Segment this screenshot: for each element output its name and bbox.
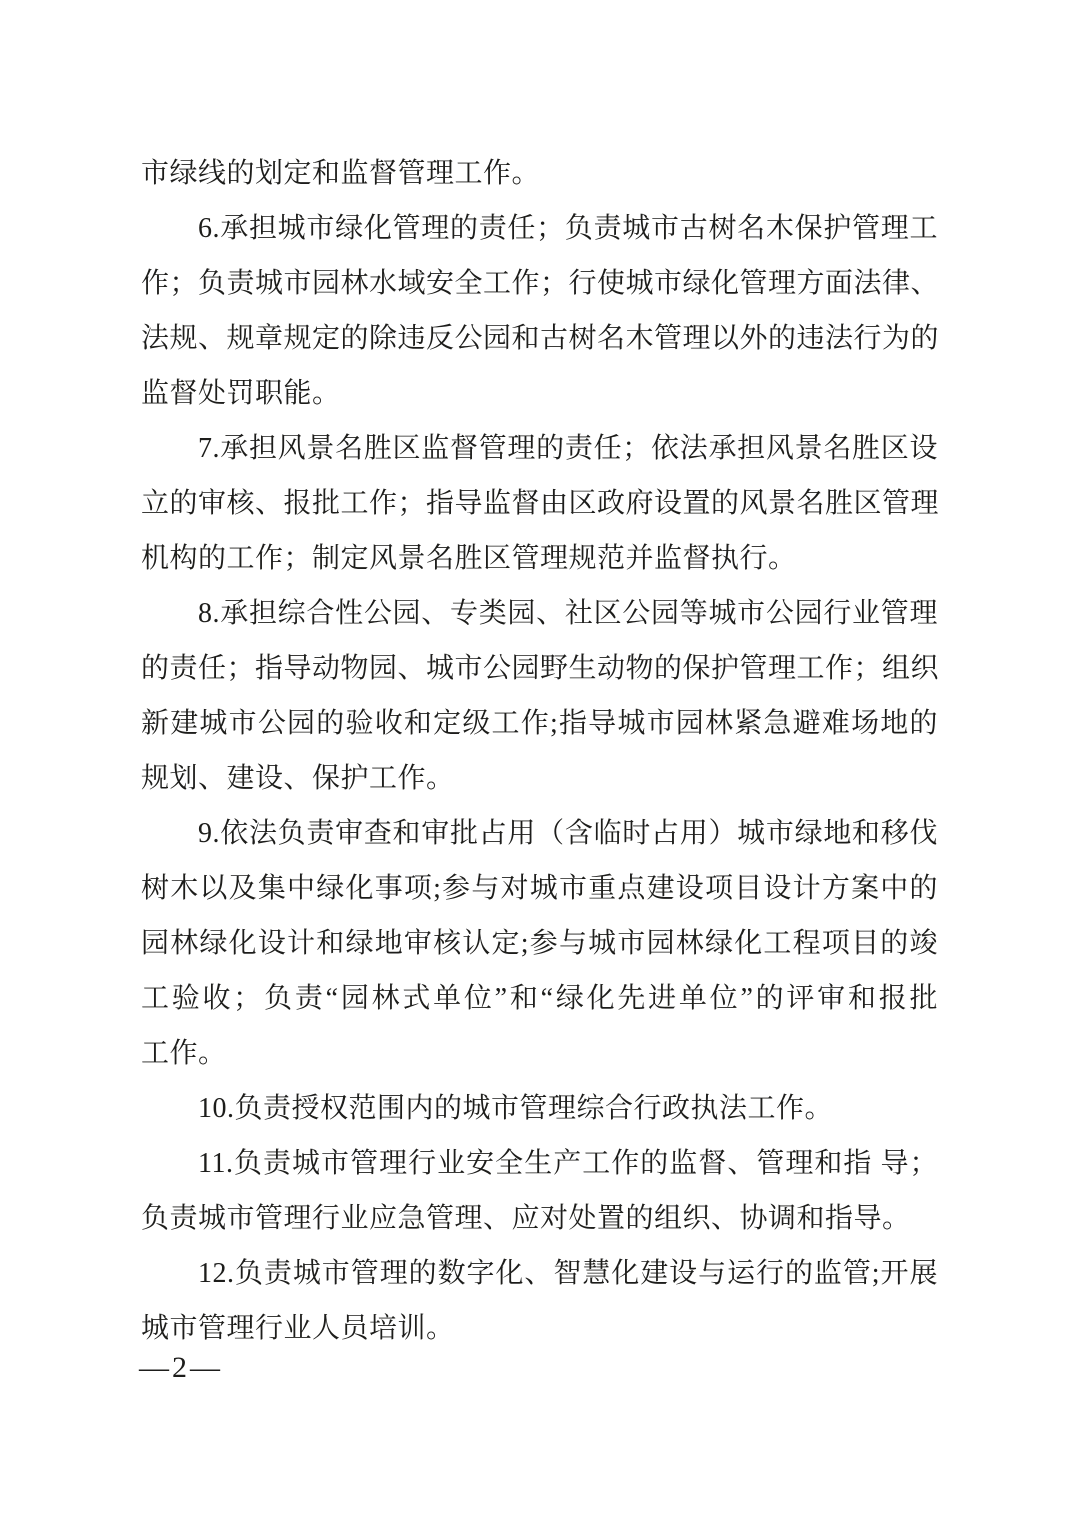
text-line: 6.承担城市绿化管理的责任；负责城市古树名木保护管理工 [141, 201, 938, 256]
text-line: 法规、规章规定的除违反公园和古树名木管理以外的违法行为的 [141, 311, 938, 366]
text-line: 新建城市公园的验收和定级工作;指导城市园林紧急避难场地的 [141, 696, 938, 751]
text-line: 负责城市管理行业应急管理、应对处置的组织、协调和指导。 [141, 1191, 938, 1246]
paragraph: 12.负责城市管理的数字化、智慧化建设与运行的监管;开展城市管理行业人员培训。 [141, 1246, 938, 1356]
text-line: 规划、建设、保护工作。 [141, 751, 938, 806]
text-line: 工验收；负责“园林式单位”和“绿化先进单位”的评审和报批 [141, 971, 938, 1026]
paragraph: 11.负责城市管理行业安全生产工作的监督、管理和指 导；负责城市管理行业应急管理… [141, 1136, 938, 1246]
document-page: 市绿线的划定和监督管理工作。6.承担城市绿化管理的责任；负责城市古树名木保护管理… [0, 0, 1074, 1520]
page-number: —2— [139, 1351, 223, 1385]
text-line: 的责任；指导动物园、城市公园野生动物的保护管理工作；组织 [141, 641, 938, 696]
text-line: 树木以及集中绿化事项;参与对城市重点建设项目设计方案中的 [141, 861, 938, 916]
text-line: 11.负责城市管理行业安全生产工作的监督、管理和指 导； [141, 1136, 938, 1191]
text-line: 7.承担风景名胜区监督管理的责任；依法承担风景名胜区设 [141, 421, 938, 476]
paragraph: 9.依法负责审查和审批占用（含临时占用）城市绿地和移伐树木以及集中绿化事项;参与… [141, 806, 938, 1081]
text-line: 园林绿化设计和绿地审核认定;参与城市园林绿化工程项目的竣 [141, 916, 938, 971]
text-line: 作；负责城市园林水域安全工作；行使城市绿化管理方面法律、 [141, 256, 938, 311]
paragraph: 7.承担风景名胜区监督管理的责任；依法承担风景名胜区设立的审核、报批工作；指导监… [141, 421, 938, 586]
text-line: 立的审核、报批工作；指导监督由区政府设置的风景名胜区管理 [141, 476, 938, 531]
text-line: 城市管理行业人员培训。 [141, 1301, 938, 1356]
document-body: 市绿线的划定和监督管理工作。6.承担城市绿化管理的责任；负责城市古树名木保护管理… [141, 146, 938, 1356]
text-line: 工作。 [141, 1026, 938, 1081]
paragraph: 8.承担综合性公园、专类园、社区公园等城市公园行业管理的责任；指导动物园、城市公… [141, 586, 938, 806]
text-line: 10.负责授权范围内的城市管理综合行政执法工作。 [141, 1081, 938, 1136]
text-line: 机构的工作；制定风景名胜区管理规范并监督执行。 [141, 531, 938, 586]
text-line: 监督处罚职能。 [141, 366, 938, 421]
text-line: 12.负责城市管理的数字化、智慧化建设与运行的监管;开展 [141, 1246, 938, 1301]
text-line: 市绿线的划定和监督管理工作。 [141, 146, 938, 201]
text-line: 9.依法负责审查和审批占用（含临时占用）城市绿地和移伐 [141, 806, 938, 861]
paragraph: 6.承担城市绿化管理的责任；负责城市古树名木保护管理工作；负责城市园林水域安全工… [141, 201, 938, 421]
paragraph: 10.负责授权范围内的城市管理综合行政执法工作。 [141, 1081, 938, 1136]
paragraph: 市绿线的划定和监督管理工作。 [141, 146, 938, 201]
text-line: 8.承担综合性公园、专类园、社区公园等城市公园行业管理 [141, 586, 938, 641]
